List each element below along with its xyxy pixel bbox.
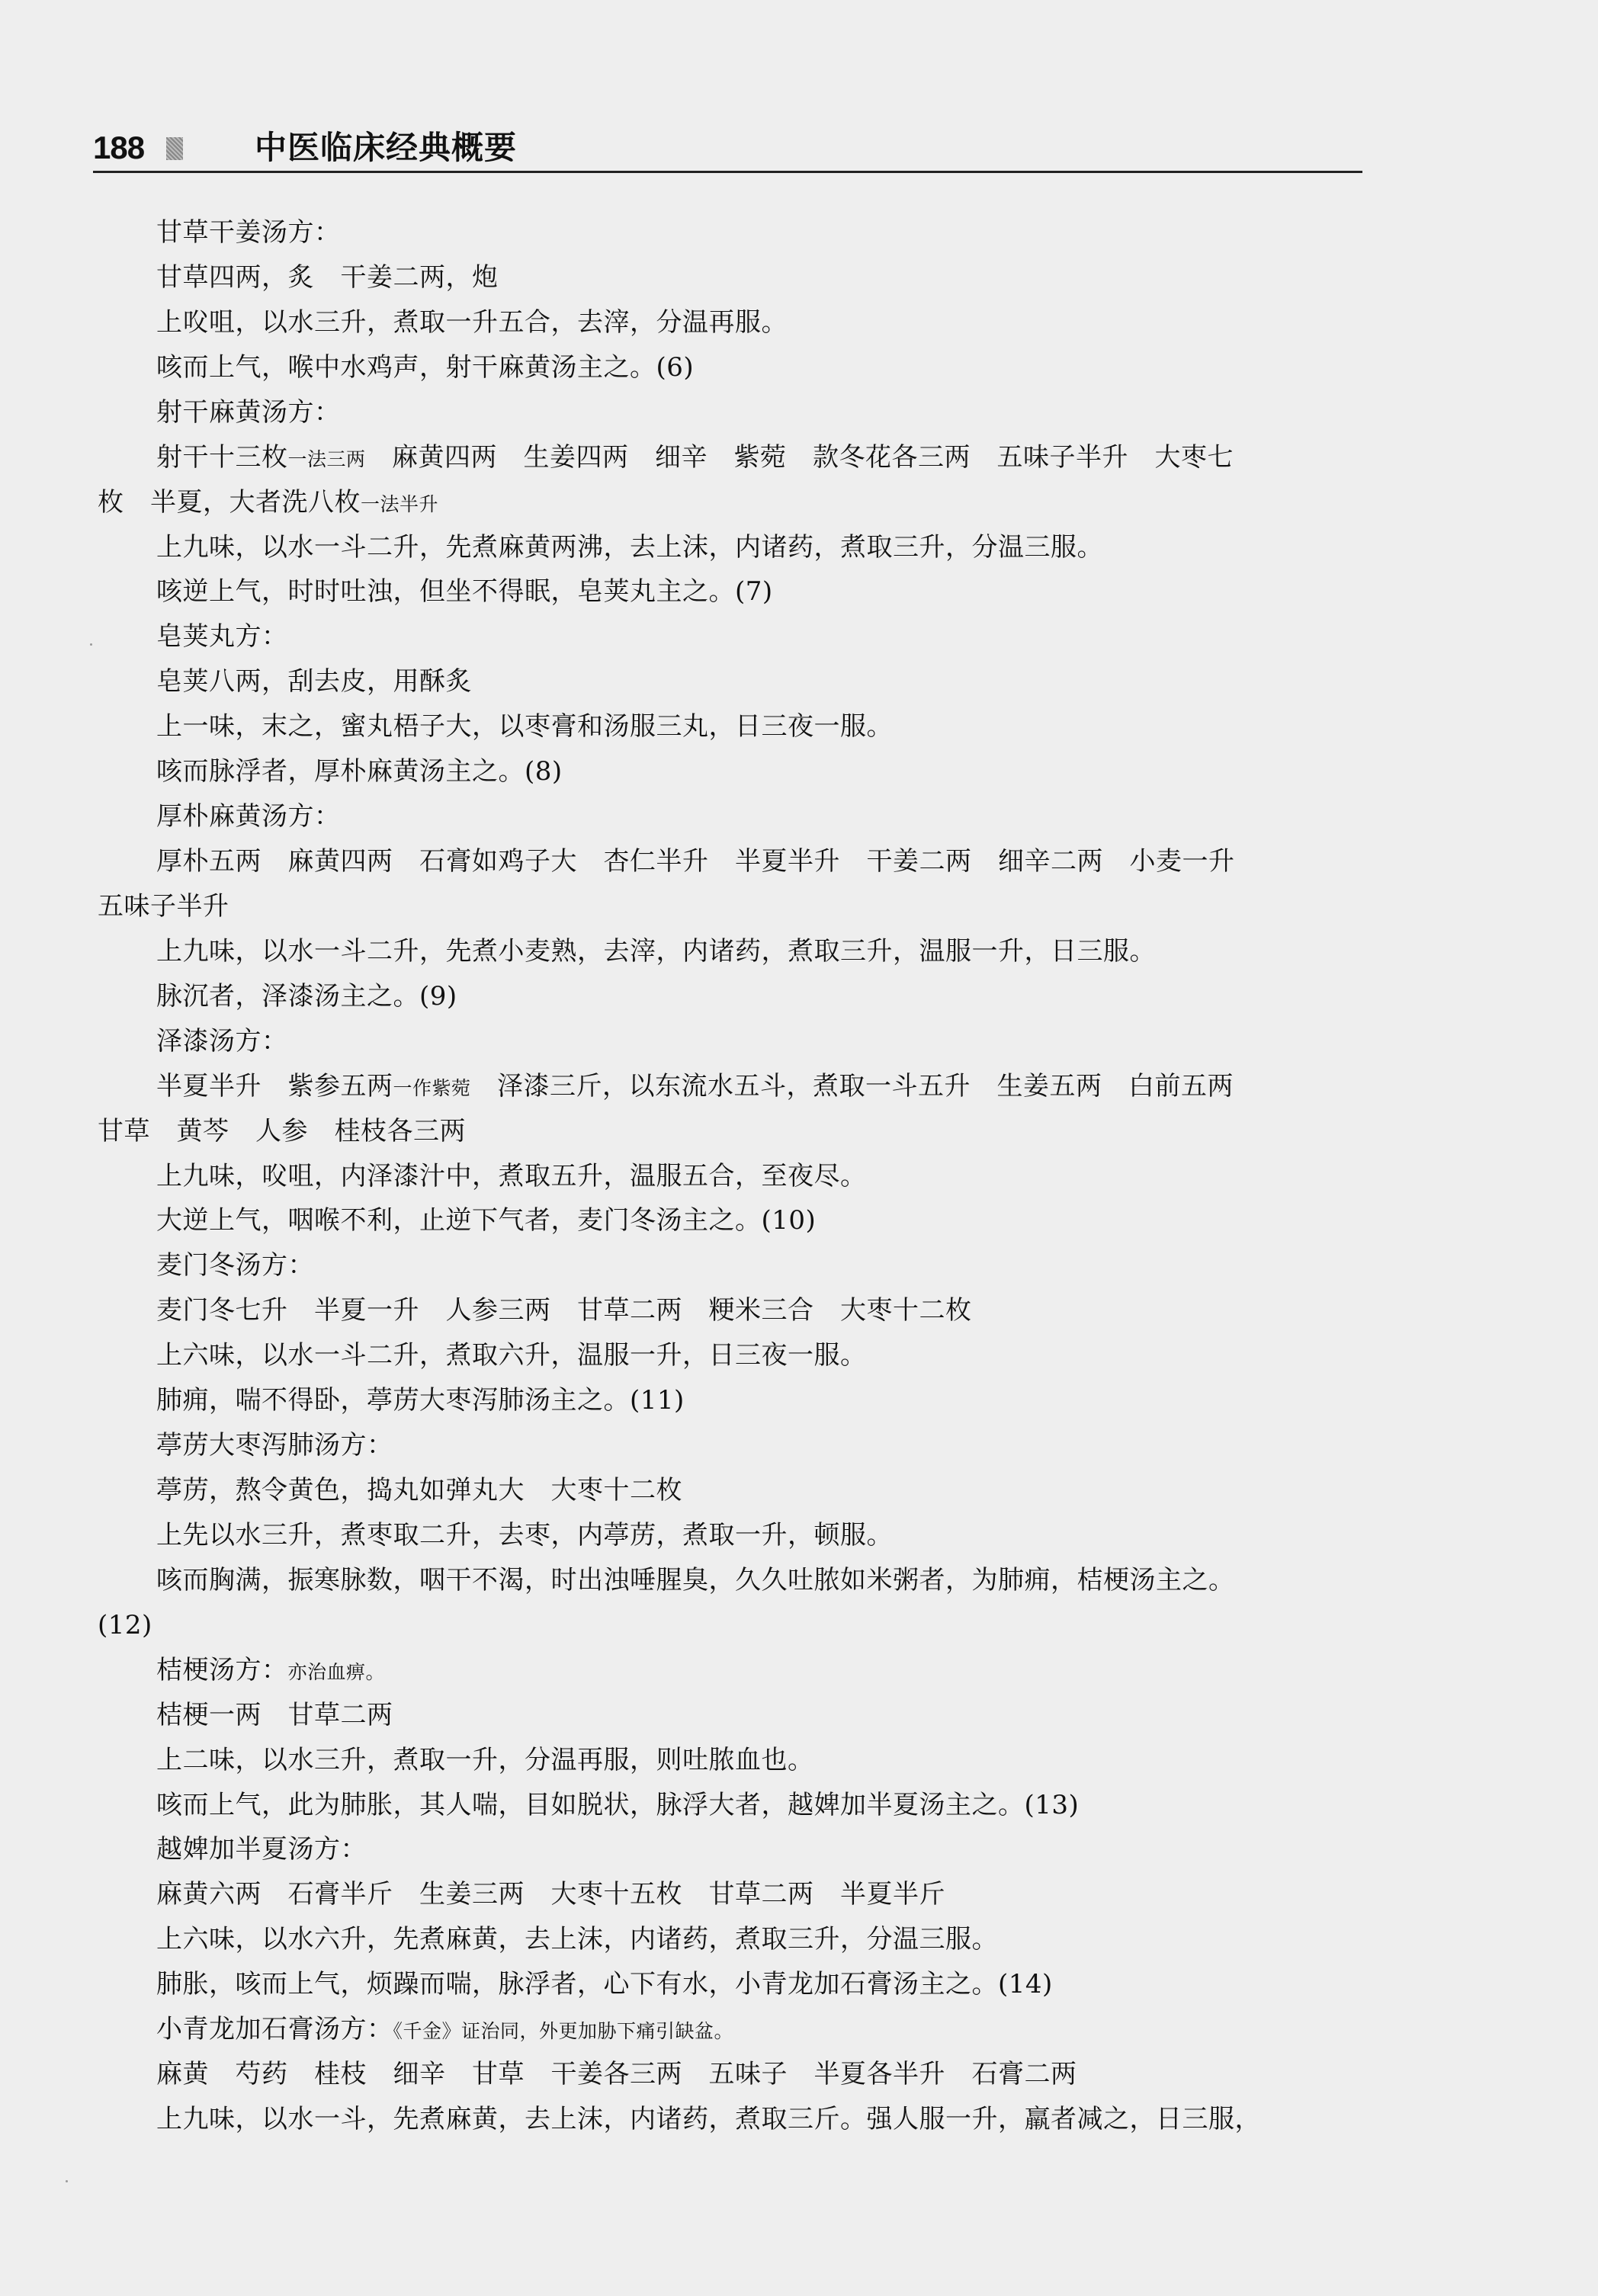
text-line: 麦门冬汤方：: [156, 1249, 314, 1282]
text-line: 麻黄六两 石膏半斤 生姜三两 大枣十五枚 甘草二两 半夏半斤: [156, 1878, 945, 1911]
line-text: 枚 半夏，大者洗八枚: [98, 487, 361, 518]
text-line: 皂荚丸方：: [156, 620, 288, 653]
text-line: 小青龙加石膏汤方：《千金》证治同，外更加胁下痛引缺盆。: [156, 2012, 733, 2048]
text-line: 咳而胸满，振寒脉数，咽干不渴，时出浊唾腥臭，久久吐脓如米粥者，为肺痈，桔梗汤主之…: [156, 1563, 1235, 1597]
line-text: 五味子半升: [98, 891, 229, 922]
text-line: 脉沉者，泽漆汤主之。(9): [156, 980, 457, 1013]
text-line: 甘草四两，炙 干姜二两，炮: [156, 261, 499, 294]
annotation-note: 一法三两: [288, 448, 366, 470]
line-text: 咳逆上气，时时吐浊，但坐不得眠，皂荚丸主之。(7): [156, 576, 773, 607]
scan-speck: [90, 643, 92, 646]
text-line: 枚 半夏，大者洗八枚一法半升: [98, 486, 438, 521]
line-text: 射干麻黄汤方：: [156, 397, 341, 428]
text-line: 肺痈，喘不得卧，葶苈大枣泻肺汤主之。(11): [156, 1384, 685, 1417]
line-text: 咳而胸满，振寒脉数，咽干不渴，时出浊唾腥臭，久久吐脓如米粥者，为肺痈，桔梗汤主之…: [156, 1565, 1235, 1595]
text-line: 上九味，以水一斗，先煮麻黄，去上沫，内诸药，煮取三斤。强人服一升，羸者减之，日三…: [156, 2102, 1261, 2136]
line-text: 泽漆汤方：: [156, 1026, 288, 1057]
text-line: 上九味，以水一斗二升，先煮小麦熟，去滓，内诸药，煮取三升，温服一升，日三服。: [156, 935, 1156, 968]
annotation-note: 《千金》证治同，外更加胁下痛引缺盆。: [393, 2020, 734, 2042]
text-line: 上六味，以水一斗二升，煮取六升，温服一升，日三夜一服。: [156, 1339, 867, 1372]
line-text: 半夏半升 紫参五两: [156, 1071, 393, 1102]
text-line: 射干十三枚一法三两 麻黄四两 生姜四两 细辛 紫菀 款冬花各三两 五味子半升 大…: [156, 441, 1234, 476]
line-text: 大逆上气，咽喉不利，止逆下气者，麦门冬汤主之。(10): [156, 1205, 816, 1236]
text-line: 皂荚八两，刮去皮，用酥炙: [156, 665, 472, 698]
annotation-note: 亦治血痹。: [288, 1661, 386, 1683]
text-line: 甘草 黄芩 人参 桂枝各三两: [98, 1114, 466, 1148]
text-line: 咳而脉浮者，厚朴麻黄汤主之。(8): [156, 755, 563, 788]
text-line: (12): [98, 1608, 152, 1642]
text-line: 上九味，㕮咀，内泽漆汁中，煮取五升，温服五合，至夜尽。: [156, 1159, 867, 1193]
line-text: 上㕮咀，以水三升，煮取一升五合，去滓，分温再服。: [156, 307, 788, 338]
line-text: 甘草干姜汤方：: [156, 217, 341, 248]
page-marker-icon: [166, 137, 183, 160]
text-line: 越婢加半夏汤方：: [156, 1833, 367, 1866]
text-line: 五味子半升: [98, 890, 229, 923]
line-text: 咳而上气，喉中水鸡声，射干麻黄汤主之。(6): [156, 352, 694, 383]
line-text: 射干十三枚: [156, 442, 288, 473]
line-text: 上九味，㕮咀，内泽漆汁中，煮取五升，温服五合，至夜尽。: [156, 1161, 867, 1191]
scan-speck: [66, 2180, 68, 2182]
text-line: 肺胀，咳而上气，烦躁而喘，脉浮者，心下有水，小青龙加石膏汤主之。(14): [156, 1967, 1053, 2001]
line-text: 皂荚丸方：: [156, 621, 288, 652]
line-text: 上九味，以水一斗二升，先煮麻黄两沸，去上沫，内诸药，煮取三升，分温三服。: [156, 532, 1103, 563]
line-text: 上六味，以水六升，先煮麻黄，去上沫，内诸药，煮取三升，分温三服。: [156, 1924, 998, 1954]
text-line: 麦门冬七升 半夏一升 人参三两 甘草二两 粳米三合 大枣十二枚: [156, 1294, 972, 1327]
text-line: 泽漆汤方：: [156, 1025, 288, 1058]
text-line: 麻黄 芍药 桂枝 细辛 甘草 干姜各三两 五味子 半夏各半升 石膏二两: [156, 2057, 1077, 2091]
text-line: 咳而上气，喉中水鸡声，射干麻黄汤主之。(6): [156, 351, 694, 384]
text-line: 咳而上气，此为肺胀，其人喘，目如脱状，脉浮大者，越婢加半夏汤主之。(13): [156, 1788, 1079, 1822]
text-line: 桔梗一两 甘草二两: [156, 1698, 393, 1732]
line-text: 厚朴麻黄汤方：: [156, 801, 341, 832]
line-text: (12): [98, 1610, 152, 1640]
text-line: 咳逆上气，时时吐浊，但坐不得眠，皂荚丸主之。(7): [156, 575, 773, 608]
line-text: 皂荚八两，刮去皮，用酥炙: [156, 666, 472, 697]
annotation-note: 一作紫菀: [393, 1077, 471, 1099]
line-text: 咳而上气，此为肺胀，其人喘，目如脱状，脉浮大者，越婢加半夏汤主之。(13): [156, 1790, 1079, 1820]
line-text: 上先以水三升，煮枣取二升，去枣，内葶苈，煮取一升，顿服。: [156, 1520, 893, 1550]
line-text: 咳而脉浮者，厚朴麻黄汤主之。(8): [156, 756, 563, 787]
line-text: 葶苈大枣泻肺汤方：: [156, 1430, 393, 1461]
text-line: 上㕮咀，以水三升，煮取一升五合，去滓，分温再服。: [156, 306, 788, 339]
line-text: 麦门冬汤方：: [156, 1250, 314, 1281]
line-text-continued: 麻黄四两 生姜四两 细辛 紫菀 款冬花各三两 五味子半升 大枣七: [366, 442, 1234, 473]
text-line: 上先以水三升，煮枣取二升，去枣，内葶苈，煮取一升，顿服。: [156, 1518, 893, 1552]
line-text: 上一味，末之，蜜丸梧子大，以枣膏和汤服三丸，日三夜一服。: [156, 711, 893, 742]
text-line: 半夏半升 紫参五两一作紫菀 泽漆三斤，以东流水五斗，煮取一斗五升 生姜五两 白前…: [156, 1069, 1234, 1105]
line-text: 麻黄 芍药 桂枝 细辛 甘草 干姜各三两 五味子 半夏各半升 石膏二两: [156, 2059, 1077, 2089]
text-line: 大逆上气，咽喉不利，止逆下气者，麦门冬汤主之。(10): [156, 1204, 816, 1237]
line-text: 上九味，以水一斗二升，先煮小麦熟，去滓，内诸药，煮取三升，温服一升，日三服。: [156, 936, 1156, 967]
header-rule: [93, 171, 1362, 173]
text-line: 甘草干姜汤方：: [156, 216, 341, 249]
text-line: 葶苈，熬令黄色，捣丸如弹丸大 大枣十二枚: [156, 1473, 682, 1507]
line-text: 上二味，以水三升，煮取一升，分温再服，则吐脓血也。: [156, 1745, 814, 1775]
text-line: 上六味，以水六升，先煮麻黄，去上沫，内诸药，煮取三升，分温三服。: [156, 1922, 998, 1956]
line-text: 肺痈，喘不得卧，葶苈大枣泻肺汤主之。(11): [156, 1385, 685, 1416]
annotation-note: 一法半升: [361, 493, 438, 515]
line-text: 上九味，以水一斗，先煮麻黄，去上沫，内诸药，煮取三斤。强人服一升，羸者减之，日三…: [156, 2104, 1261, 2134]
text-line: 射干麻黄汤方：: [156, 396, 341, 429]
book-title: 中医临床经典概要: [255, 127, 517, 169]
line-text: 肺胀，咳而上气，烦躁而喘，脉浮者，心下有水，小青龙加石膏汤主之。(14): [156, 1969, 1053, 1999]
line-text: 甘草四两，炙 干姜二两，炮: [156, 262, 499, 293]
line-text: 麻黄六两 石膏半斤 生姜三两 大枣十五枚 甘草二两 半夏半斤: [156, 1879, 945, 1910]
text-line: 桔梗汤方：亦治血痹。: [156, 1653, 385, 1689]
line-text: 葶苈，熬令黄色，捣丸如弹丸大 大枣十二枚: [156, 1475, 682, 1506]
text-line: 葶苈大枣泻肺汤方：: [156, 1429, 393, 1462]
text-line: 上二味，以水三升，煮取一升，分温再服，则吐脓血也。: [156, 1743, 814, 1777]
line-text: 桔梗汤方：: [156, 1655, 288, 1685]
running-header: 188 中医临床经典概要: [93, 127, 1362, 174]
line-text: 桔梗一两 甘草二两: [156, 1700, 393, 1730]
line-text: 厚朴五两 麻黄四两 石膏如鸡子大 杏仁半升 半夏半升 干姜二两 细辛二两 小麦一…: [156, 846, 1235, 877]
page-number: 188: [93, 127, 144, 169]
text-line: 上一味，末之，蜜丸梧子大，以枣膏和汤服三丸，日三夜一服。: [156, 710, 893, 743]
line-text: 上六味，以水一斗二升，煮取六升，温服一升，日三夜一服。: [156, 1340, 867, 1371]
line-text: 麦门冬七升 半夏一升 人参三两 甘草二两 粳米三合 大枣十二枚: [156, 1295, 972, 1326]
line-text-continued: 泽漆三斤，以东流水五斗，煮取一斗五升 生姜五两 白前五两: [471, 1071, 1234, 1102]
text-line: 上九味，以水一斗二升，先煮麻黄两沸，去上沫，内诸药，煮取三升，分温三服。: [156, 531, 1103, 564]
text-line: 厚朴麻黄汤方：: [156, 800, 341, 833]
line-text: 脉沉者，泽漆汤主之。(9): [156, 981, 457, 1012]
line-text: 甘草 黄芩 人参 桂枝各三两: [98, 1116, 466, 1146]
text-line: 厚朴五两 麻黄四两 石膏如鸡子大 杏仁半升 半夏半升 干姜二两 细辛二两 小麦一…: [156, 845, 1235, 878]
line-text: 越婢加半夏汤方：: [156, 1834, 367, 1865]
line-text: 小青龙加石膏汤方：: [156, 2014, 393, 2044]
